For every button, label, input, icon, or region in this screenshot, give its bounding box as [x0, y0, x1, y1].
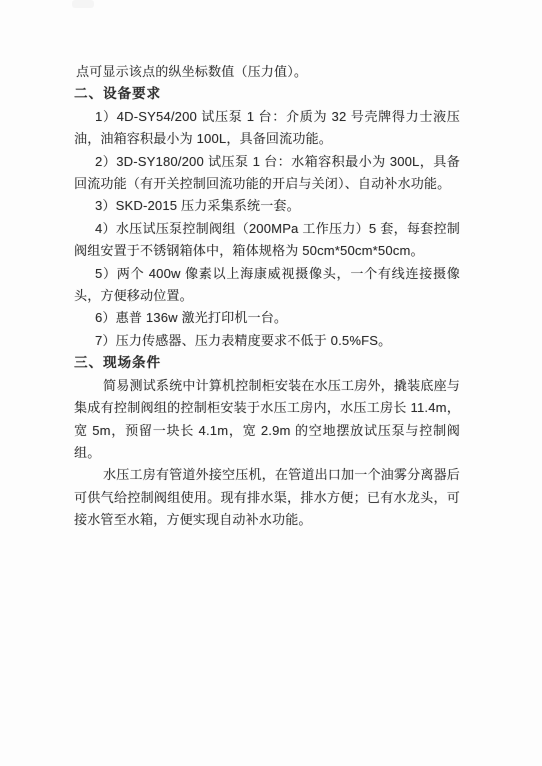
scan-artifact-smudge: [72, 0, 94, 8]
document-page: 点可显示该点的纵坐标数值（压力值）。 二、设备要求 1）4D-SY54/200 …: [0, 0, 542, 766]
site-conditions-paragraph-2: 水压工房有管道外接空压机，在管道出口加一个油雾分离器后可供气给控制阀组使用。现有…: [74, 464, 460, 531]
equipment-item-4: 4）水压试压泵控制阀组（200MPa 工作压力）5 套，每套控制阀组安置于不锈钢…: [74, 218, 460, 263]
paragraph-continuation: 点可显示该点的纵坐标数值（压力值）。: [74, 61, 460, 83]
equipment-item-3: 3）SKD-2015 压力采集系统一套。: [74, 195, 460, 217]
equipment-item-1: 1）4D-SY54/200 试压泵 1 台：介质为 32 号壳牌得力士液压油，油…: [74, 106, 460, 151]
equipment-item-6: 6）惠普 136w 激光打印机一台。: [74, 307, 460, 329]
equipment-item-2: 2）3D-SY180/200 试压泵 1 台：水箱容积最小为 300L，具备回流…: [74, 151, 460, 196]
section-heading-site-conditions: 三、现场条件: [74, 352, 460, 374]
section-heading-equipment-requirements: 二、设备要求: [74, 83, 460, 105]
site-conditions-paragraph-1: 简易测试系统中计算机控制柜安装在水压工房外，撬装底座与集成有控制阀组的控制柜安装…: [74, 375, 460, 465]
equipment-item-7: 7）压力传感器、压力表精度要求不低于 0.5%FS。: [74, 330, 460, 352]
equipment-item-5: 5）两个 400w 像素以上海康威视摄像头，一个有线连接摄像头，方便移动位置。: [74, 263, 460, 308]
document-content: 点可显示该点的纵坐标数值（压力值）。 二、设备要求 1）4D-SY54/200 …: [74, 61, 460, 532]
